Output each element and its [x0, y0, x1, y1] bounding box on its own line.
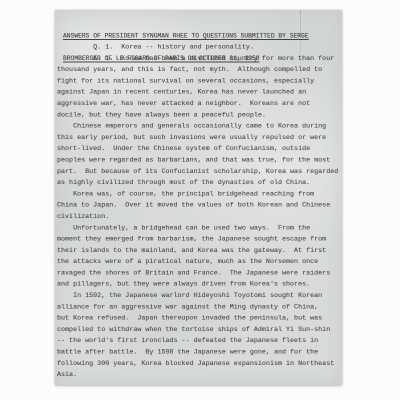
typed-line: part. But because of its Confucianist sc…	[57, 166, 338, 177]
typed-line: alliance for an aggressive war against t…	[57, 302, 338, 313]
typed-line: the attacks were of a piratical nature, …	[57, 257, 338, 268]
typed-line: following 300 years, Korea blocked Japan…	[57, 358, 338, 369]
typed-line: China to Japan. Over it moved the values…	[57, 200, 338, 211]
typed-line: and pillagers, but they were always driv…	[57, 279, 338, 290]
document-body: Q. 1. Korea -- history and personality. …	[57, 42, 338, 381]
typed-line: their islands to the mainland, and Korea…	[57, 245, 338, 256]
typed-line: Asia.	[57, 370, 338, 381]
typed-line: moment they emerged from barbarism, the …	[57, 234, 338, 245]
screenshot-canvas: ANSWERS OF PRESIDENT SYNGMAN RHEE TO QUE…	[0, 0, 400, 400]
typed-line: Q. 1. Korea -- history and personality.	[57, 42, 338, 53]
typed-line: In 1592, the Japanese warlord Hideyoshi …	[57, 291, 338, 302]
typed-line: short-lived. Under the Chinese system of…	[57, 144, 338, 155]
typed-line: civilization.	[57, 211, 338, 222]
typed-line: battle after battle. By 1598 the Japanes…	[57, 347, 338, 358]
typed-line: peoples were regarded as barbarians, and…	[57, 155, 338, 166]
page-content: ANSWERS OF PRESIDENT SYNGMAN RHEE TO QUE…	[55, 10, 342, 385]
document-title-line: ANSWERS OF PRESIDENT SYNGMAN RHEE TO QUE…	[63, 33, 309, 41]
typed-line: against Japan in recent centuries, Korea…	[57, 87, 338, 98]
typed-line: aggressive war, has never attacked a nei…	[57, 98, 338, 109]
typed-line: Chinese emperors and generals occasional…	[57, 121, 338, 132]
typed-line: docile, but they have always been a peac…	[57, 110, 338, 121]
typed-line: thousand years, and this is fact, not my…	[57, 65, 338, 76]
typed-line: fight for its national survival on sever…	[57, 76, 338, 87]
typed-line: Unfortunately, a bridgehead can be used …	[57, 223, 338, 234]
scanned-page: ANSWERS OF PRESIDENT SYNGMAN RHEE TO QUE…	[55, 10, 342, 385]
typed-line: this early period, but such invasions we…	[57, 132, 338, 143]
typed-line: but Korea refused. Japan thereupon invad…	[57, 313, 338, 324]
typed-line: A. 1. Korea has been a civilized country…	[57, 53, 338, 64]
typed-line: Korea was, of course, the principal brid…	[57, 189, 338, 200]
typed-line: ravaged the shores of Britain and France…	[57, 268, 338, 279]
typed-line: -- the world's first ironclads -- defeat…	[57, 336, 338, 347]
typed-line: compelled to withdraw when the tortoise …	[57, 324, 338, 335]
typed-line: as highly civilized through most of the …	[57, 178, 338, 189]
